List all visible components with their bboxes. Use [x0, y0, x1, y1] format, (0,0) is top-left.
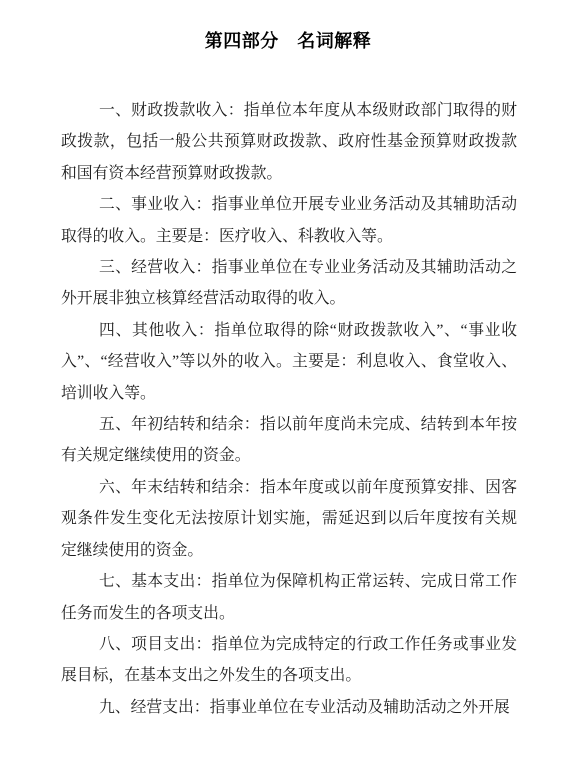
- definition-paragraph-basic-expenditure: 七、基本支出：指单位为保障机构正常运转、完成日常工作任务而发生的各项支出。: [61, 566, 517, 629]
- definition-paragraph-fiscal-appropriation-income: 一、财政拨款收入：指单位本年度从本级财政部门取得的财政拨款，包括一般公共预算财政…: [61, 95, 517, 189]
- definition-paragraph-year-end-carryover: 六、年末结转和结余：指本年度或以前年度预算安排、因客观条件发生变化无法按原计划实…: [61, 472, 517, 566]
- definition-paragraph-beginning-year-carryover: 五、年初结转和结余：指以前年度尚未完成、结转到本年按有关规定继续使用的资金。: [61, 409, 517, 472]
- definition-paragraph-other-income: 四、其他收入：指单位取得的除“财政拨款收入”、“事业收入”、“经营收入”等以外的…: [61, 315, 517, 409]
- page-title: 第四部分 名词解释: [0, 30, 576, 52]
- document-body: 一、财政拨款收入：指单位本年度从本级财政部门取得的财政拨款，包括一般公共预算财政…: [61, 95, 517, 723]
- definition-paragraph-project-expenditure: 八、项目支出：指单位为完成特定的行政工作任务或事业发展目标，在基本支出之外发生的…: [61, 629, 517, 692]
- definition-paragraph-institutional-income: 二、事业收入：指事业单位开展专业业务活动及其辅助活动取得的收入。主要是：医疗收入…: [61, 189, 517, 252]
- definition-paragraph-operating-income: 三、经营收入：指事业单位在专业业务活动及其辅助活动之外开展非独立核算经营活动取得…: [61, 252, 517, 315]
- definition-paragraph-operating-expenditure: 九、经营支出：指事业单位在专业活动及辅助活动之外开展: [61, 692, 517, 723]
- document-page: 第四部分 名词解释 一、财政拨款收入：指单位本年度从本级财政部门取得的财政拨款，…: [0, 0, 576, 776]
